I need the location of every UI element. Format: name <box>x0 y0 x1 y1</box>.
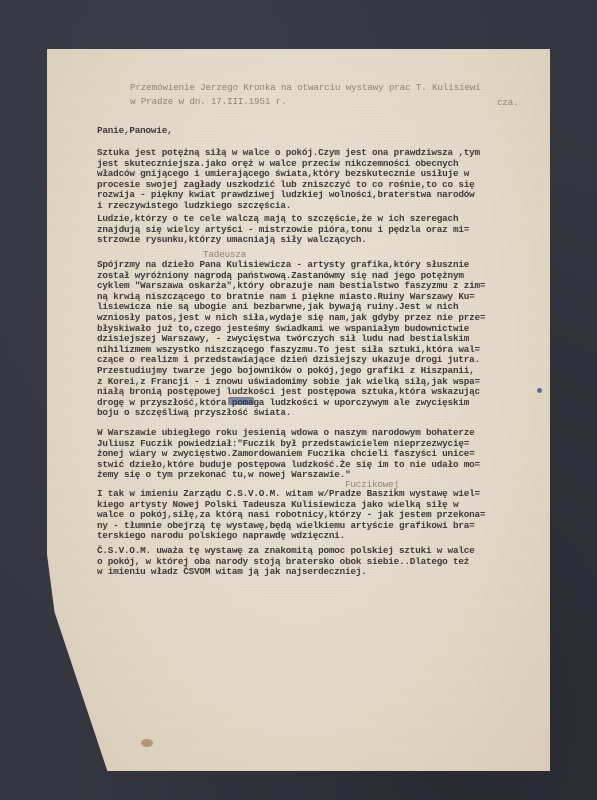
paragraph-line: terskiego narodu polskiego naprawdę wdzi… <box>97 531 517 542</box>
paragraph-line: I tak w imieniu Zarządu C.S.V.O.M. witam… <box>97 489 517 500</box>
paragraph-3: Spójrzmy na dzieło Pana Kulisiewicza - a… <box>97 260 517 419</box>
paragraph-6: Č.S.V.O.M. uważa tę wystawę za znakomitą… <box>97 546 517 578</box>
paragraph-line: wzniosły patos,jest w nich siła,wydaje s… <box>97 313 517 324</box>
paragraph-5: I tak w imieniu Zarządu C.S.V.O.M. witam… <box>97 489 517 542</box>
paragraph-line: strzowie rysunku,którzy umacniają siły w… <box>97 235 517 246</box>
paragraph-4: W Warszawie ubiegłego roku jesienią wdow… <box>97 428 517 481</box>
paragraph-line: W Warszawie ubiegłego roku jesienią wdow… <box>97 428 517 439</box>
ink-correction-mark <box>537 388 542 393</box>
document-header-line1: Przemówienie Jerzego Kronka na otwarciu … <box>130 83 550 94</box>
salutation: Panie,Panowie, <box>97 126 517 137</box>
document-header-line2: w Pradze w dn. 17.III.1951 r. <box>130 97 550 108</box>
paragraph-line: Sztuka jest potężną siłą w walce o pokój… <box>97 148 517 159</box>
paragraph-line: i rzeczywistego ludzkiego szczęścia. <box>97 201 517 212</box>
paragraph-line: Č.S.V.O.M. uważa tę wystawę za znakomitą… <box>97 546 517 557</box>
paragraph-line: Spójrzmy na dzieło Pana Kulisiewicza - a… <box>97 260 517 271</box>
paragraph-line: boju o szczęśliwą przyszłość świata. <box>97 408 517 419</box>
paragraph-line: w imieniu władz ČSVOM witam ją jak najse… <box>97 567 517 578</box>
paragraph-2: Ludzie,którzy o te cele walczą mają to s… <box>97 214 517 246</box>
paragraph-1: Sztuka jest potężną siłą w walce o pokój… <box>97 148 517 212</box>
paragraph-line: Przestudiujmy twarze jego bojowników o p… <box>97 366 517 377</box>
paragraph-line: Ludzie,którzy o te cele walczą mają to s… <box>97 214 517 225</box>
paper-stain <box>141 739 153 747</box>
ink-strikeout <box>228 397 254 405</box>
